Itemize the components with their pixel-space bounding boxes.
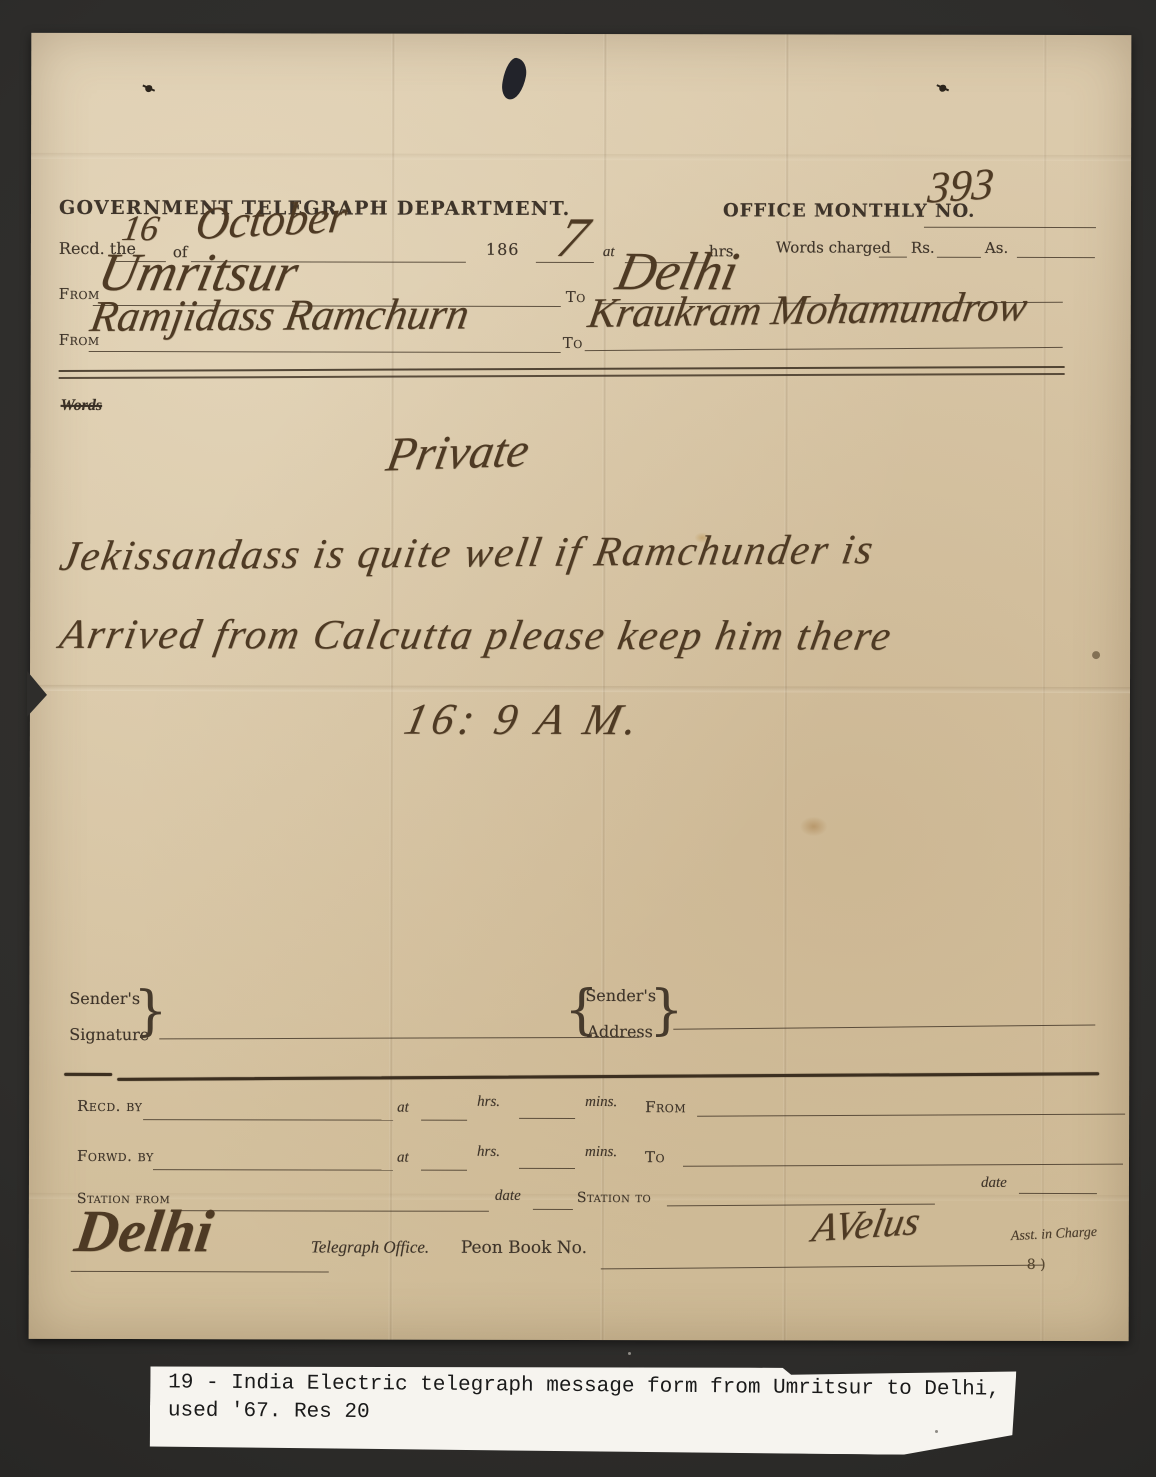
mins-label: mins.	[585, 1144, 617, 1161]
message-line2-handwritten: Arrived from Calcutta please keep him th…	[56, 611, 896, 661]
blank-line	[601, 1265, 1043, 1270]
hrs-label: hrs.	[477, 1144, 500, 1161]
stain-spot	[1092, 651, 1100, 659]
station-to-label: Station to	[577, 1190, 651, 1206]
message-datetime-handwritten: 16: 9 A M.	[400, 694, 648, 745]
to-recipient-label: To	[563, 334, 583, 352]
message-line1-handwritten: Jekissandass is quite well if Ramchunder…	[56, 526, 878, 581]
date-label: date	[495, 1188, 521, 1205]
as-label: As.	[985, 239, 1008, 257]
senders-label: Sender's	[585, 986, 656, 1005]
office-monthly-number-handwritten: 393	[926, 158, 996, 214]
forwd-by-label: Forwd. by	[77, 1147, 154, 1165]
telegraph-office-label: Telegraph Office.	[311, 1237, 429, 1257]
blank-line	[697, 1114, 1125, 1117]
senders-label: Sender's	[69, 989, 140, 1008]
edge-tear-notch	[27, 671, 47, 717]
blank-line	[519, 1168, 575, 1169]
recipient-name-handwritten: Kraukram Mohamundrow	[585, 283, 1031, 338]
at-label: at	[397, 1150, 409, 1167]
year-printed: 186	[486, 240, 520, 259]
address-label: Address	[587, 1022, 653, 1041]
blank-line	[673, 1025, 1095, 1030]
date-label: date	[981, 1175, 1007, 1192]
registration-mark-right	[939, 85, 946, 92]
heavy-rule-segment	[64, 1073, 112, 1076]
caption-strip: 19 - India Electric telegraph message fo…	[150, 1362, 1017, 1456]
stain-spot	[800, 816, 828, 836]
mins-label: mins.	[585, 1094, 617, 1111]
clerk-signature-handwritten: AVelus	[809, 1197, 924, 1252]
blank-line	[683, 1164, 1123, 1167]
brace-glyph: }	[133, 979, 167, 1042]
telegraph-form-paper: GOVERNMENT TELEGRAPH DEPARTMENT. OFFICE …	[29, 33, 1132, 1341]
at-label: at	[397, 1100, 409, 1117]
hrs-label: hrs.	[477, 1094, 500, 1111]
peon-book-no-label: Peon Book No.	[461, 1238, 587, 1258]
blank-line	[171, 1210, 489, 1212]
registration-mark-left	[145, 85, 152, 92]
hole-punch-mark	[500, 56, 529, 101]
blank-line	[1017, 257, 1095, 258]
blank-line	[421, 1120, 467, 1121]
asst-in-charge-label: Asst. in Charge	[1011, 1225, 1098, 1245]
blank-line	[519, 1118, 575, 1119]
words-label-struck: Words	[61, 397, 103, 415]
from-label: From	[645, 1098, 686, 1116]
brace-glyph: }	[649, 978, 683, 1041]
dust-speck	[935, 1430, 938, 1433]
blank-line	[143, 1119, 393, 1121]
rs-label: Rs.	[911, 239, 935, 257]
recd-by-label: Recd. by	[77, 1097, 142, 1115]
blank-line	[937, 257, 981, 258]
words-charged-label: Words charged	[776, 238, 891, 256]
heavy-rule	[117, 1072, 1099, 1081]
blank-line	[153, 1169, 393, 1171]
double-rule-separator	[59, 366, 1065, 379]
sender-name-handwritten: Ramjidass Ramchurn	[87, 288, 473, 342]
blank-line	[421, 1170, 467, 1171]
blank-line	[1019, 1193, 1097, 1194]
blank-line	[879, 257, 907, 258]
at-label: at	[603, 244, 615, 261]
to-station-label: To	[566, 288, 586, 306]
fold-crease-horizontal	[30, 685, 1130, 693]
blank-line	[924, 227, 1096, 228]
blank-line	[89, 351, 561, 353]
blank-line	[585, 347, 1063, 351]
to-label: To	[645, 1148, 665, 1166]
corner-mark: 8 )	[1027, 1257, 1046, 1273]
blank-line	[533, 1209, 573, 1210]
blank-line	[71, 1271, 329, 1273]
message-private-handwritten: Private	[382, 423, 533, 483]
dust-speck	[628, 1352, 631, 1355]
office-station-handwritten: Delhi	[71, 1197, 218, 1266]
